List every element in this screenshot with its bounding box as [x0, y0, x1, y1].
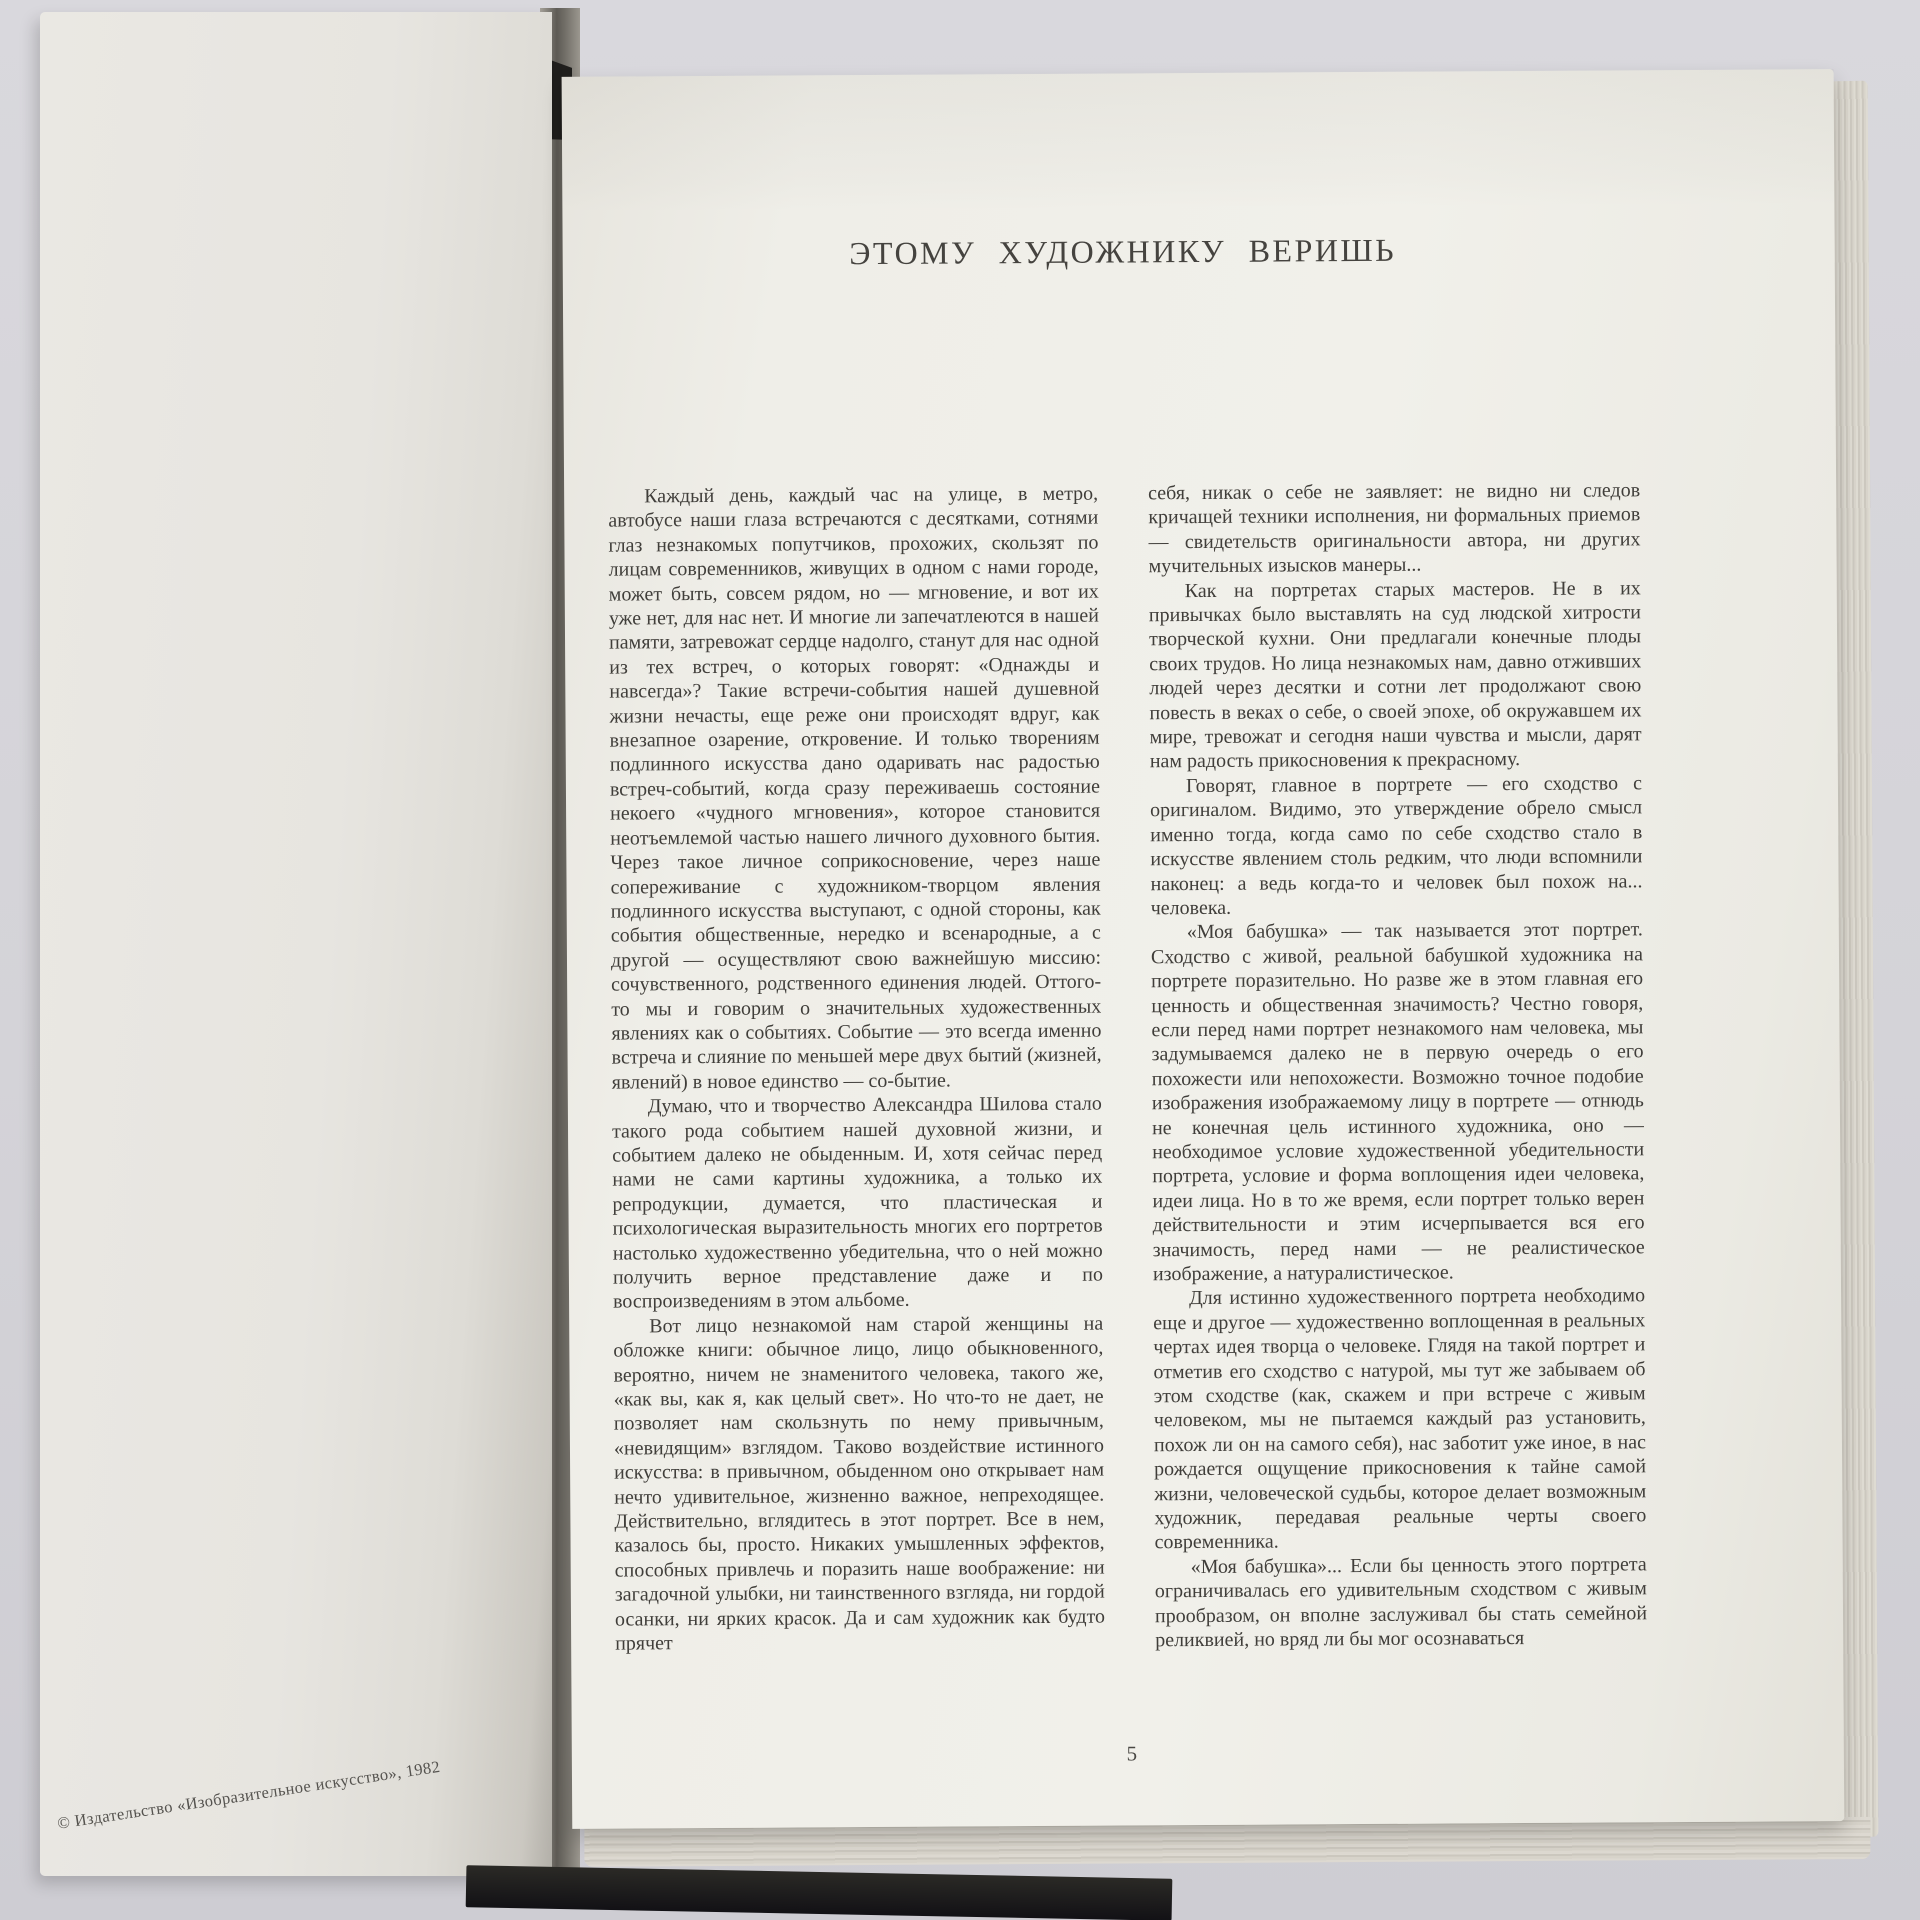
article-title: ЭТОМУ ХУДОЖНИКУ ВЕРИШЬ: [607, 230, 1639, 273]
paragraph: Как на портретах старых мастеров. Не в и…: [1149, 576, 1642, 774]
book-photo: © Издательство «Изобразительное искусств…: [0, 0, 1920, 1920]
right-page-wrap: ЭТОМУ ХУДОЖНИКУ ВЕРИШЬ Каждый день, кажд…: [562, 69, 1903, 1887]
paragraph: «Моя бабушка» — так называется этот порт…: [1151, 918, 1645, 1287]
paragraph: Для истинно художественного портрета нео…: [1153, 1284, 1647, 1555]
paragraph: Думаю, что и творчество Александра Шилов…: [612, 1092, 1103, 1315]
text-column-right: себя, никак о себе не заявляет: не видно…: [1148, 478, 1648, 1781]
paragraph: Вот лицо незнакомой нам старой женщины н…: [613, 1311, 1105, 1656]
paragraph: себя, никак о себе не заявляет: не видно…: [1148, 478, 1641, 579]
right-page: ЭТОМУ ХУДОЖНИКУ ВЕРИШЬ Каждый день, кажд…: [562, 69, 1845, 1829]
page-crease-shading: [562, 69, 1835, 213]
paragraph: «Моя бабушка»... Если бы ценность этого …: [1155, 1552, 1648, 1653]
paragraph: Каждый день, каждый час на улице, в метр…: [608, 482, 1102, 1095]
paragraph: Говорят, главное в портрете — его сходст…: [1150, 771, 1643, 920]
text-column-left: Каждый день, каждый час на улице, в метр…: [608, 482, 1106, 1785]
left-page: © Издательство «Изобразительное искусств…: [40, 12, 552, 1876]
copyright-notice: © Издательство «Изобразительное искусств…: [56, 1757, 442, 1834]
